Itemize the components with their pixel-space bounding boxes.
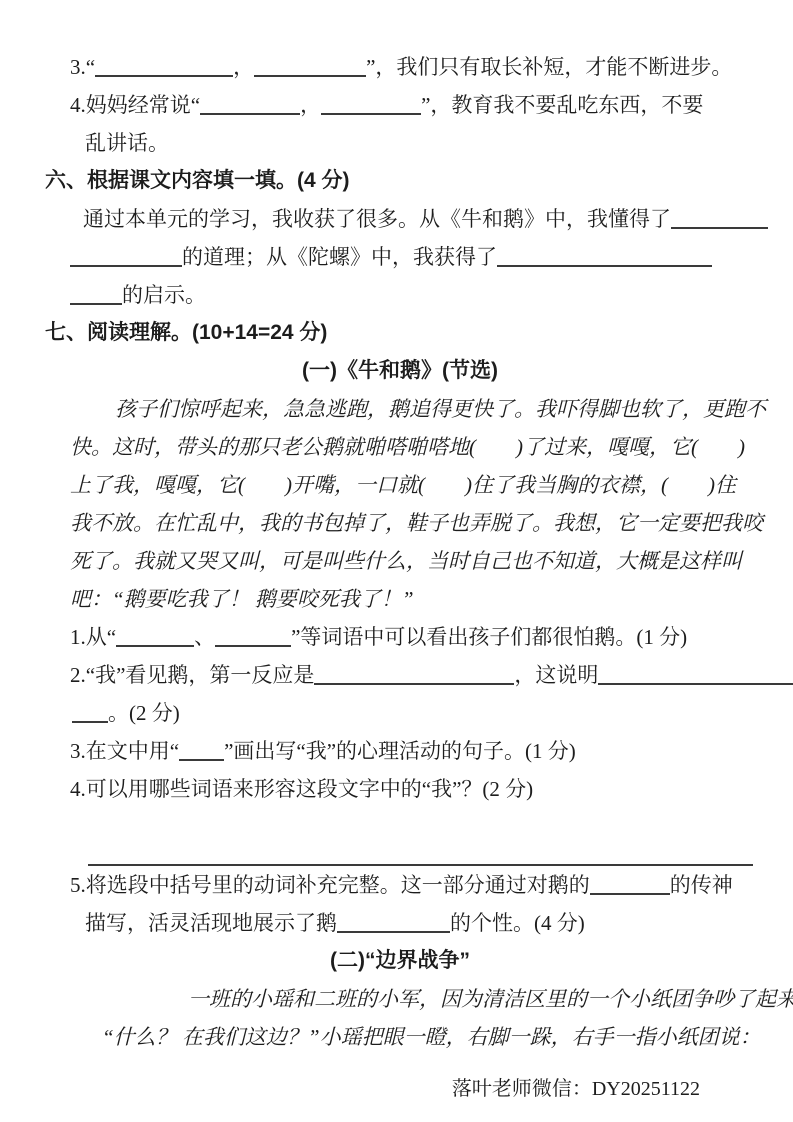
text-segment: 。(2 分) <box>108 701 180 725</box>
text-segment: ”等词语中可以看出孩子们都很怕鹅。(1 分) <box>291 625 687 649</box>
text-segment: 吧：“鹅要吃我了！ 鹅要咬死我了！” <box>70 587 414 611</box>
text-segment: “什么？ 在我们这边？”小瑶把眼一瞪，右脚一跺，右手一指小纸团说： <box>102 1025 761 1049</box>
item-4-line: 4.妈妈经常说“，”，教育我不要乱吃东西，不要 <box>70 86 755 124</box>
answer-blank <box>72 707 108 723</box>
part-2-title: (二)“边界战争” <box>45 942 755 980</box>
question-2-continuation: 。(2 分) <box>72 694 755 732</box>
text-segment: 3.“ <box>70 55 95 79</box>
text-segment: 死了。我就又哭又叫，可是叫些什么，当时自己也不知道，大概是这样叫 <box>70 549 742 573</box>
answer-blank <box>590 879 670 895</box>
text-segment: ，这说明 <box>514 663 598 687</box>
text-segment: 3.在文中用“ <box>70 739 179 763</box>
answer-blank <box>598 669 793 685</box>
text-segment: 、 <box>194 625 215 649</box>
question-3-line: 3.在文中用“”画出写“我”的心理活动的句子。(1 分) <box>70 732 755 770</box>
section-6-line1: 通过本单元的学习，我收获了很多。从《牛和鹅》中，我懂得了 <box>83 200 755 238</box>
text-segment: ) <box>738 435 745 459</box>
heading-text: 六、根据课文内容填一填。(4 分) <box>45 169 350 192</box>
text-segment: 4.妈妈经常说“ <box>70 93 200 117</box>
section-6-heading: 六、根据课文内容填一填。(4 分) <box>45 162 755 200</box>
question-2-line: 2.“我”看见鹅，第一反应是，这说明 <box>70 656 755 694</box>
text-segment: 描写，活灵活现地展示了鹅 <box>85 911 337 935</box>
text-segment: ”，教育我不要乱吃东西，不要 <box>421 93 703 117</box>
question-4-answer-line <box>88 808 753 866</box>
passage-1-line-3: 上了我，嘎嘎，它()开嘴，一口就()住了我当胸的衣襟，()住 <box>70 466 755 504</box>
item-4-continuation: 乱讲话。 <box>85 124 755 162</box>
question-5-continuation: 描写，活灵活现地展示了鹅的个性。(4 分) <box>85 904 755 942</box>
text-segment: )住 <box>708 473 736 497</box>
text-segment: 的道理；从《陀螺》中，我获得了 <box>182 245 497 269</box>
heading-text: 七、阅读理解。(10+14=24 分) <box>45 321 327 344</box>
text-segment: 快。这时，带头的那只老公鹅就啪嗒啪嗒地( <box>70 435 476 459</box>
text-segment: 1.从“ <box>70 625 116 649</box>
passage-1-line-5: 死了。我就又哭又叫，可是叫些什么，当时自己也不知道，大概是这样叫 <box>70 542 755 580</box>
question-5-line: 5.将选段中括号里的动词补充完整。这一部分通过对鹅的的传神 <box>70 866 755 904</box>
passage-1-line-2: 快。这时，带头的那只老公鹅就啪嗒啪嗒地()了过来，嘎嘎，它() <box>70 428 755 466</box>
title-text: (二)“边界战争” <box>330 949 470 972</box>
answer-blank <box>200 99 300 115</box>
section-6-line2: 的道理；从《陀螺》中，我获得了 <box>70 238 755 276</box>
text-segment: 的个性。(4 分) <box>450 911 585 935</box>
text-segment: 4.可以用哪些词语来形容这段文字中的“我”？(2 分) <box>70 777 533 801</box>
question-4-line: 4.可以用哪些词语来形容这段文字中的“我”？(2 分) <box>70 770 755 808</box>
text-segment: 通过本单元的学习，我收获了很多。从《牛和鹅》中，我懂得了 <box>83 207 671 231</box>
answer-blank <box>254 61 366 77</box>
passage-1-line-1: 孩子们惊呼起来，急急逃跑，鹅追得更快了。我吓得脚也软了，更跑不 <box>70 390 755 428</box>
answer-blank <box>497 251 712 267</box>
exam-page: 3.“，”，我们只有取长补短，才能不断进步。 4.妈妈经常说“，”，教育我不要乱… <box>0 0 793 1122</box>
passage-1-line-6: 吧：“鹅要吃我了！ 鹅要咬死我了！” <box>70 580 755 618</box>
text-segment: 乱讲话。 <box>85 131 169 155</box>
answer-blank <box>215 631 291 647</box>
text-segment: 2.“我”看见鹅，第一反应是 <box>70 663 314 687</box>
title-text: (一)《牛和鹅》(节选) <box>302 359 498 382</box>
text-segment: ， <box>233 55 254 79</box>
passage-1-line-4: 我不放。在忙乱中，我的书包掉了，鞋子也弄脱了。我想，它一定要把我咬 <box>70 504 755 542</box>
passage-2-line-1: 一班的小瑶和二班的小军，因为清洁区里的一个小纸团争吵了起来。 <box>70 980 755 1018</box>
passage-2-line-2: “什么？ 在我们这边？”小瑶把眼一瞪，右脚一跺，右手一指小纸团说： <box>102 1018 755 1056</box>
answer-blank <box>70 289 122 305</box>
text-segment: 一班的小瑶和二班的小军，因为清洁区里的一个小纸团争吵了起来。 <box>188 987 793 1011</box>
text-segment: 的传神 <box>670 873 733 897</box>
text-segment: 落叶老师微信：DY20251122 <box>452 1078 700 1100</box>
section-6-line3: 的启示。 <box>70 276 755 314</box>
section-7-heading: 七、阅读理解。(10+14=24 分) <box>45 314 755 352</box>
item-3-line: 3.“，”，我们只有取长补短，才能不断进步。 <box>70 48 755 86</box>
answer-blank <box>70 251 182 267</box>
text-segment: ”画出写“我”的心理活动的句子。(1 分) <box>224 739 576 763</box>
text-segment: ， <box>300 93 321 117</box>
text-segment: 5.将选段中括号里的动词补充完整。这一部分通过对鹅的 <box>70 873 590 897</box>
answer-blank <box>671 213 768 229</box>
part-1-title: (一)《牛和鹅》(节选) <box>45 352 755 390</box>
answer-blank <box>95 61 233 77</box>
text-segment: )了过来，嘎嘎，它( <box>516 435 698 459</box>
text-segment: )开嘴，一口就( <box>285 473 425 497</box>
text-segment: 孩子们惊呼起来，急急逃跑，鹅追得更快了。我吓得脚也软了，更跑不 <box>115 397 766 421</box>
footer-wechat-note: 落叶老师微信：DY20251122 <box>45 1070 755 1108</box>
answer-blank <box>179 745 224 761</box>
text-segment: )住了我当胸的衣襟，( <box>465 473 668 497</box>
answer-blank <box>321 99 421 115</box>
text-segment: 的启示。 <box>122 283 206 307</box>
answer-blank <box>337 917 450 933</box>
answer-blank <box>116 631 194 647</box>
question-1-line: 1.从“、”等词语中可以看出孩子们都很怕鹅。(1 分) <box>70 618 755 656</box>
text-segment: 上了我，嘎嘎，它( <box>70 473 245 497</box>
answer-blank <box>314 669 514 685</box>
text-segment: 我不放。在忙乱中，我的书包掉了，鞋子也弄脱了。我想，它一定要把我咬 <box>70 511 763 535</box>
text-segment: ”，我们只有取长补短，才能不断进步。 <box>366 55 732 79</box>
